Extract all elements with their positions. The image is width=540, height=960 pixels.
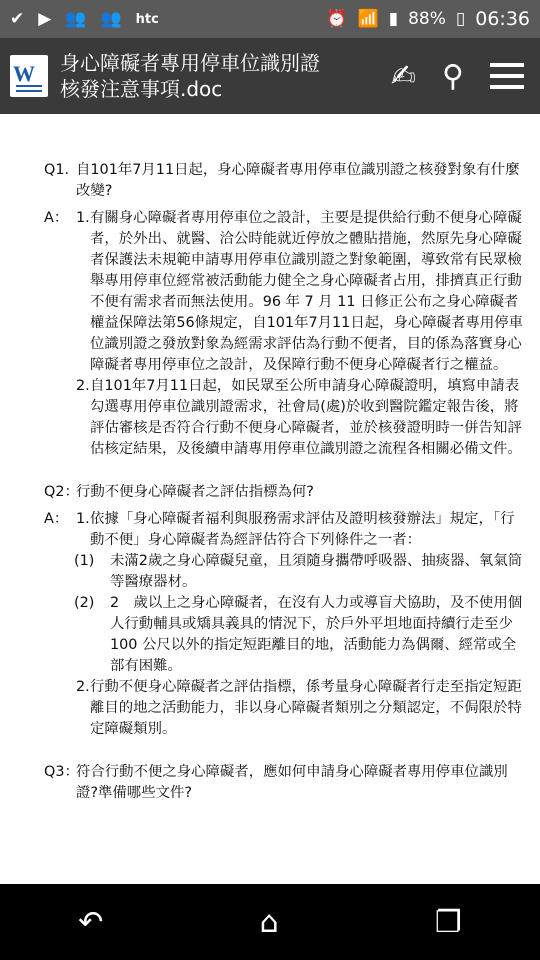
answer-2: A： 1.依據「身心障礙者福利與服務需求評估及證明核發辦法」規定，「行動不便」身… [44, 509, 524, 551]
answer-item: 2.行動不便身心障礙者之評估指標，係考量身心障礙者行走至指定短距離目的地之活動能… [76, 677, 524, 740]
alarm-icon: ⏰ [326, 9, 347, 29]
back-icon[interactable]: ↶ [78, 905, 103, 940]
document-body[interactable]: Q1. 自101年7月11日起，身心障礙者專用停車位識別證之核發對象有什麼改變?… [0, 114, 540, 884]
battery-icon: ▯ [456, 9, 465, 29]
sub-item: (2)2 歲以上之身心障礙者，在沒有人力或導盲犬協助，及不使用個人行動輔具或矯具… [74, 593, 524, 677]
signal-icon: ▮ [389, 9, 398, 29]
annotate-icon[interactable]: ✍ [391, 59, 416, 94]
clock: 06:36 [475, 8, 530, 30]
people-icon: 👥 [101, 9, 122, 29]
answer-item: 2.自101年7月11日起，如民眾至公所申請身心障礙證明，填寫申請表勾選專用停車… [76, 376, 524, 460]
answer-item: 1.依據「身心障礙者福利與服務需求評估及證明核發辦法」規定，「行動不便」身心障礙… [76, 509, 524, 551]
document-title: 身心障礙者專用停車位識別證核發注意事項.doc [60, 50, 330, 102]
youtube-icon: ▶ [38, 9, 51, 29]
check-icon: ✔ [10, 9, 24, 29]
answer-item: 1.有關身心障礙者專用停車位之設計，主要是提供給行動不便身心障礙者，於外出、就醫… [76, 208, 524, 376]
answer-1: A： 1.有關身心障礙者專用停車位之設計，主要是提供給行動不便身心障礙者，於外出… [44, 208, 524, 460]
home-icon[interactable]: ⌂ [260, 905, 279, 940]
word-doc-icon: W [10, 55, 48, 97]
battery-percent: 88% [408, 9, 446, 29]
carrier-label: htc [136, 12, 159, 27]
recents-icon[interactable]: ❐ [435, 905, 462, 940]
app-bar: W 身心障礙者專用停車位識別證核發注意事項.doc ✍ ⚲ [0, 38, 540, 114]
wifi-icon: 📶 [358, 9, 379, 29]
question-1: Q1. 自101年7月11日起，身心障礙者專用停車位識別證之核發對象有什麼改變? [44, 160, 524, 202]
nav-bar: ↶ ⌂ ❐ [0, 884, 540, 960]
status-bar: ✔ ▶ 👥 👥 htc ⏰ 📶 ▮ 88% ▯ 06:36 [0, 0, 540, 38]
people-icon: 👥 [65, 9, 86, 29]
binoculars-find-icon[interactable]: ⚲ [442, 59, 464, 94]
question-2: Q2： 行動不便身心障礙者之評估指標為何? [44, 482, 524, 503]
menu-icon[interactable] [490, 63, 524, 89]
sub-item: (1)未滿2歲之身心障礙兒童，且須隨身攜帶呼吸器、抽痰器、氧氣筒等醫療器材。 [74, 551, 524, 593]
question-3: Q3： 符合行動不便之身心障礙者，應如何申請身心障礙者專用停車位識別證?準備哪些… [44, 762, 524, 804]
